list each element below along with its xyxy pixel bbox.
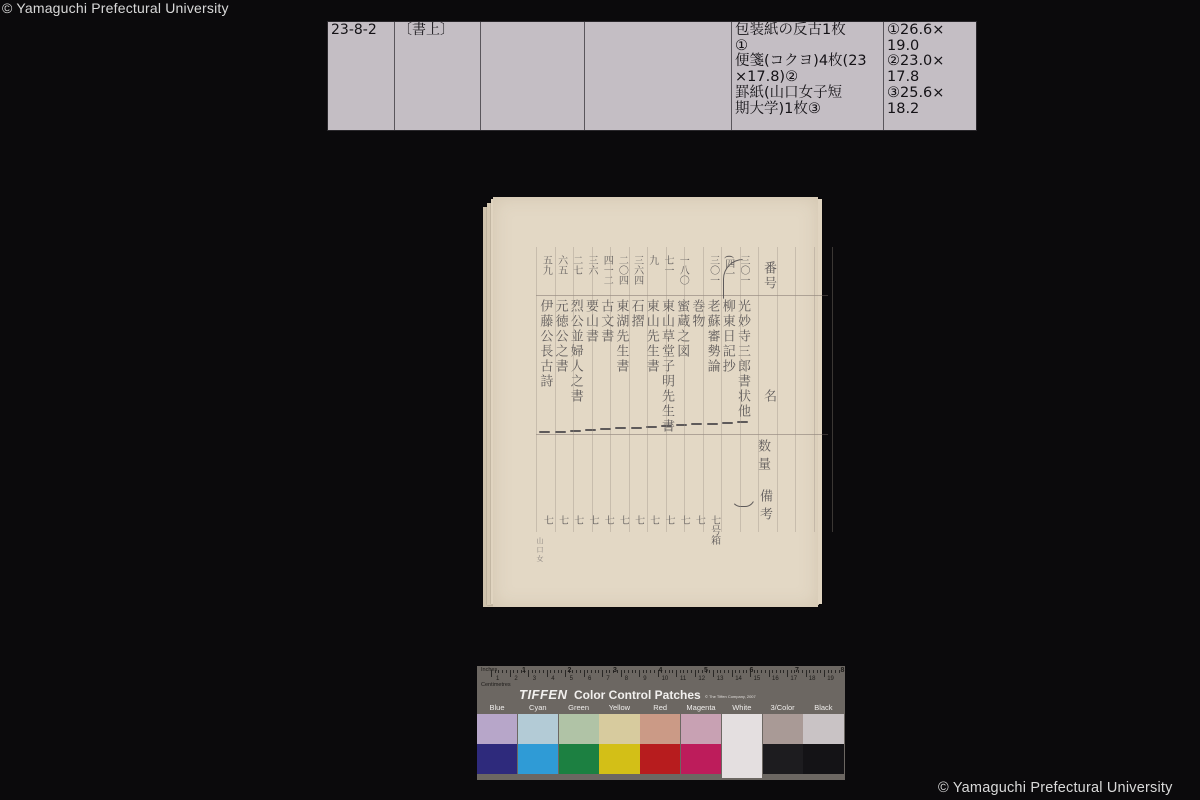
ruler-cm-number: 12 xyxy=(698,676,705,682)
ruler-tick xyxy=(787,670,788,677)
name-column-rule xyxy=(536,434,828,435)
ruler-tick xyxy=(783,670,784,673)
ruler-tick xyxy=(643,670,644,673)
ruler-tick xyxy=(609,670,610,673)
ruler-tick xyxy=(809,670,810,673)
patch-label: Cyan xyxy=(518,703,558,712)
ruler-cm-number: 19 xyxy=(827,676,834,682)
color-patch-light xyxy=(518,714,558,744)
row-number: (四一 xyxy=(721,255,735,279)
ruler-tick xyxy=(743,670,744,673)
dimension-line: 18.2 xyxy=(887,102,968,118)
row-number: 五九 xyxy=(538,255,552,275)
ruled-line xyxy=(666,247,667,532)
ruler-tick xyxy=(547,670,548,677)
bracket-mark xyxy=(731,497,755,507)
ruler-cm-number: 10 xyxy=(662,676,669,682)
ruler-tick xyxy=(702,670,703,673)
row-quantity-mark xyxy=(722,422,733,424)
row-item-name: 光妙寺三郎書状他 xyxy=(735,299,749,419)
ruler-tick xyxy=(835,670,836,673)
row-remark: 七 xyxy=(661,515,675,525)
row-remark: 七 xyxy=(615,515,629,525)
ruler-tick xyxy=(672,670,673,673)
ruled-line xyxy=(740,247,741,532)
ruler-tick xyxy=(498,670,499,673)
ruler-tick xyxy=(820,670,821,673)
ruler-tick xyxy=(606,670,607,673)
ruler-tick xyxy=(535,670,536,673)
ruler-tick xyxy=(587,670,588,673)
ruled-line xyxy=(795,247,796,532)
ruler-cm-number: 11 xyxy=(680,676,686,682)
paper-maker-mark: 山口女 xyxy=(533,537,547,564)
ruled-line xyxy=(647,247,648,532)
patch-label: Green xyxy=(559,703,599,712)
measurement-ruler: Inches Centimetres 123456789101112131415… xyxy=(477,666,845,688)
tiffen-logo: TIFFEN xyxy=(519,687,568,702)
patch-label: Black xyxy=(803,703,843,712)
color-patch-dark xyxy=(722,714,762,778)
patch-label: Magenta xyxy=(681,703,721,712)
ruler-tick xyxy=(576,670,577,673)
row-item-name: 老蘇審勢論 xyxy=(705,299,719,374)
ruler-tick xyxy=(650,670,651,673)
ruler-tick xyxy=(724,670,725,673)
ruler-tick xyxy=(543,670,544,673)
chart-copyright: © The Tiffen Company, 2007 xyxy=(705,694,756,699)
row-quantity-mark xyxy=(631,427,642,429)
ruled-line xyxy=(610,247,611,532)
color-patch-dark xyxy=(599,744,639,774)
patch-label: Yellow xyxy=(599,703,639,712)
ruler-tick xyxy=(491,670,492,677)
ruled-line xyxy=(573,247,574,532)
patch-label: 3/Color xyxy=(763,703,803,712)
ruler-cm-number: 15 xyxy=(754,676,761,682)
ruler-tick xyxy=(709,670,710,673)
material-line: ×17.8)② xyxy=(735,70,881,86)
patch-label: Blue xyxy=(477,703,517,712)
ruled-line xyxy=(832,247,833,532)
row-item-name: 東湖先生書 xyxy=(613,299,627,374)
ruler-tick xyxy=(580,670,581,673)
ruler-tick xyxy=(713,670,714,677)
row-item-name: 烈公並婦人之書 xyxy=(568,299,582,404)
ruler-tick xyxy=(772,670,773,673)
row-item-name: 蜜蔵之図 xyxy=(674,299,688,359)
header-rule xyxy=(536,295,828,296)
ruler-inch-number: 1 xyxy=(522,667,526,674)
color-patch-dark xyxy=(763,744,803,774)
ruler-tick xyxy=(695,670,696,677)
chart-title: Color Control Patches xyxy=(574,688,701,702)
ruler-tick xyxy=(680,670,681,673)
ruler-tick xyxy=(691,670,692,673)
label-cell-type: 〔書上〕 xyxy=(395,22,481,130)
ruler-tick xyxy=(780,670,781,673)
header-name: 名 xyxy=(761,389,775,404)
material-line: 期大学)1枚③ xyxy=(735,102,881,118)
ruler-tick xyxy=(602,670,603,677)
ruler-inch-number: 7 xyxy=(795,667,799,674)
ruler-tick xyxy=(591,670,592,673)
color-patch-dark xyxy=(640,744,680,774)
ruled-line xyxy=(721,247,722,532)
color-patch-light xyxy=(803,714,843,744)
color-patch-light xyxy=(681,714,721,744)
ruler-tick xyxy=(502,670,503,673)
ruler-cm-number: 6 xyxy=(588,676,591,682)
color-patch-dark xyxy=(518,744,558,774)
row-item-name: 石摺 xyxy=(629,299,643,329)
row-item-name: 巻物 xyxy=(689,299,703,329)
color-patch-dark xyxy=(559,744,599,774)
ruled-line xyxy=(777,247,778,532)
ruler-tick xyxy=(824,670,825,677)
color-patch-light xyxy=(599,714,639,744)
ruler-tick xyxy=(761,670,762,673)
label-cell-empty-1 xyxy=(481,22,585,130)
color-patch-dark xyxy=(803,744,843,774)
ruler-tick xyxy=(802,670,803,673)
row-quantity-mark xyxy=(676,424,687,426)
row-item-name: 東山先生書 xyxy=(644,299,658,374)
ruler-tick xyxy=(757,670,758,673)
row-item-name: 伊藤公長古詩 xyxy=(537,299,551,389)
ruler-tick xyxy=(735,670,736,673)
label-cell-empty-2 xyxy=(585,22,732,130)
label-cell-materials: 包装紙の反古1枚 ① 便箋(コクヨ)4枚(23 ×17.8)② 罫紙(山口女子短… xyxy=(732,22,884,130)
dimension-line: 19.0 xyxy=(887,39,968,55)
row-number: 二〇四 xyxy=(614,255,628,285)
tiffen-color-control-chart: Inches Centimetres 123456789101112131415… xyxy=(477,666,845,780)
material-line: 罫紙(山口女子短 xyxy=(735,86,881,102)
row-number: 六五 xyxy=(554,255,568,275)
row-quantity-mark xyxy=(555,431,566,433)
ruler-cm-number: 16 xyxy=(772,676,779,682)
ruler-cm-label: Centimetres xyxy=(481,682,511,688)
ruler-tick xyxy=(669,670,670,673)
copyright-watermark-bottom: © Yamaguchi Prefectural University xyxy=(938,780,1173,796)
ruler-cm-number: 2 xyxy=(514,676,517,682)
header-remarks: 備 xyxy=(757,489,771,504)
header-remarks-2: 考 xyxy=(757,507,771,522)
row-remark: 七 xyxy=(555,515,569,525)
ruler-inch-number: 5 xyxy=(704,667,708,674)
ruler-tick xyxy=(817,670,818,673)
catalog-label-card: 23-8-2 〔書上〕 包装紙の反古1枚 ① 便箋(コクヨ)4枚(23 ×17.… xyxy=(327,21,977,131)
ruler-inch-number: 8 xyxy=(841,667,845,674)
copyright-watermark-top: © Yamaguchi Prefectural University xyxy=(2,0,229,16)
row-quantity-mark xyxy=(585,429,596,431)
ruler-tick xyxy=(532,670,533,673)
ruler-tick xyxy=(687,670,688,673)
material-line: 包装紙の反古1枚 xyxy=(735,23,881,39)
ruler-tick xyxy=(646,670,647,673)
ruler-cm-number: 8 xyxy=(625,676,628,682)
color-patch-dark xyxy=(681,744,721,774)
ruler-tick xyxy=(806,670,807,677)
ruler-tick xyxy=(558,670,559,673)
row-number: 三六四 xyxy=(630,255,644,285)
color-patch-light xyxy=(559,714,599,744)
ruler-tick xyxy=(654,670,655,673)
ruler-tick xyxy=(628,670,629,673)
row-remark: 七号箱 xyxy=(707,515,721,545)
handwritten-inventory-page: 番号 名 数 量 備 考 三〇一光妙寺三郎書状他(四一柳東日記抄三〇一老蘇審勢論… xyxy=(493,197,818,607)
dimension-line: ①26.6× xyxy=(887,23,968,39)
ruler-tick xyxy=(506,670,507,673)
ruler-tick xyxy=(565,670,566,677)
ruled-line xyxy=(703,247,704,532)
ruled-line xyxy=(814,247,815,532)
ruled-line xyxy=(758,247,759,532)
paper-document-stack: 番号 名 数 量 備 考 三〇一光妙寺三郎書状他(四一柳東日記抄三〇一老蘇審勢論… xyxy=(483,197,823,617)
ruler-cm-number: 14 xyxy=(735,676,742,682)
ruler-tick xyxy=(513,670,514,673)
ruler-cm-number: 9 xyxy=(643,676,646,682)
ruler-tick xyxy=(698,670,699,673)
ruler-tick xyxy=(598,670,599,673)
ruler-tick xyxy=(728,670,729,673)
ruler-tick xyxy=(639,670,640,677)
row-quantity-mark xyxy=(691,423,702,425)
row-number: 四一二 xyxy=(599,255,613,285)
ruler-tick xyxy=(554,670,555,673)
patch-label: Red xyxy=(640,703,680,712)
row-number: 三〇一 xyxy=(736,255,750,285)
ruler-tick xyxy=(528,670,529,677)
ruler-tick xyxy=(635,670,636,673)
ruler-tick xyxy=(776,670,777,673)
ruler-tick xyxy=(572,670,573,673)
ruler-tick xyxy=(732,670,733,677)
ruler-inch-number: 6 xyxy=(750,667,754,674)
ruler-inch-number: 3 xyxy=(613,667,617,674)
ruler-tick xyxy=(595,670,596,673)
dimension-line: 17.8 xyxy=(887,70,968,86)
ruler-tick xyxy=(791,670,792,673)
ruled-line xyxy=(592,247,593,532)
ruler-tick xyxy=(813,670,814,673)
ruler-cm-number: 5 xyxy=(570,676,573,682)
ruler-cm-number: 17 xyxy=(790,676,797,682)
ruler-tick xyxy=(624,670,625,673)
ruler-cm-number: 4 xyxy=(551,676,554,682)
row-quantity-mark xyxy=(570,430,581,432)
ruler-tick xyxy=(676,670,677,677)
ruler-inch-number: 2 xyxy=(568,667,572,674)
dimension-line: ②23.0× xyxy=(887,54,968,70)
ruler-tick xyxy=(517,670,518,673)
label-cell-id: 23-8-2 xyxy=(328,22,395,130)
ruled-line xyxy=(555,247,556,532)
ruler-tick xyxy=(495,670,496,673)
ruler-cm-number: 1 xyxy=(496,676,499,682)
ruler-tick xyxy=(765,670,766,673)
ruler-tick xyxy=(769,670,770,677)
row-number: 三〇一 xyxy=(706,255,720,285)
ruler-tick xyxy=(831,670,832,673)
ruled-line xyxy=(536,247,537,532)
row-remark: 七 xyxy=(570,515,584,525)
color-patch-dark xyxy=(477,744,517,774)
label-cell-dimensions: ①26.6× 19.0 ②23.0× 17.8 ③25.6× 18.2 xyxy=(884,22,970,130)
ruler-cm-number: 18 xyxy=(809,676,816,682)
color-patch-light xyxy=(477,714,517,744)
patch-label: White xyxy=(722,703,762,712)
ruler-tick xyxy=(720,670,721,673)
ruled-line xyxy=(629,247,630,532)
dimension-line: ③25.6× xyxy=(887,86,968,102)
row-remark: 七 xyxy=(631,515,645,525)
material-line: 便箋(コクヨ)4枚(23 xyxy=(735,54,881,70)
catalog-id: 23-8-2 xyxy=(331,23,392,39)
ruler-tick xyxy=(717,670,718,673)
row-quantity-mark xyxy=(661,425,672,427)
row-number: 一八〇 xyxy=(675,255,689,285)
row-item-name: 要山書 xyxy=(583,299,597,344)
row-quantity-mark xyxy=(615,427,626,429)
ruler-tick xyxy=(584,670,585,677)
document-type: 〔書上〕 xyxy=(398,23,478,39)
ruler-tick xyxy=(561,670,562,673)
ruled-line xyxy=(684,247,685,532)
ruler-tick xyxy=(510,670,511,677)
row-number: 二七 xyxy=(569,255,583,275)
ruler-tick xyxy=(739,670,740,673)
row-number: 七一 xyxy=(660,255,674,275)
ruler-tick xyxy=(754,670,755,673)
ruler-tick xyxy=(665,670,666,673)
ruler-tick xyxy=(539,670,540,673)
ruler-cm-number: 3 xyxy=(533,676,536,682)
ruler-tick xyxy=(828,670,829,673)
row-remark: 七 xyxy=(539,515,553,525)
color-patch-light xyxy=(640,714,680,744)
row-remark: 七 xyxy=(600,515,614,525)
ruler-inch-number: 4 xyxy=(659,667,663,674)
color-patch-light xyxy=(763,714,803,744)
ruler-cm-number: 13 xyxy=(717,676,724,682)
ruler-tick xyxy=(621,670,622,677)
header-number: 番号 xyxy=(761,261,775,291)
ruler-tick xyxy=(746,670,747,673)
row-quantity-mark xyxy=(707,423,718,425)
ruler-tick xyxy=(632,670,633,673)
ruler-cm-number: 7 xyxy=(606,676,609,682)
ruler-tick xyxy=(683,670,684,673)
ruler-tick xyxy=(550,670,551,673)
